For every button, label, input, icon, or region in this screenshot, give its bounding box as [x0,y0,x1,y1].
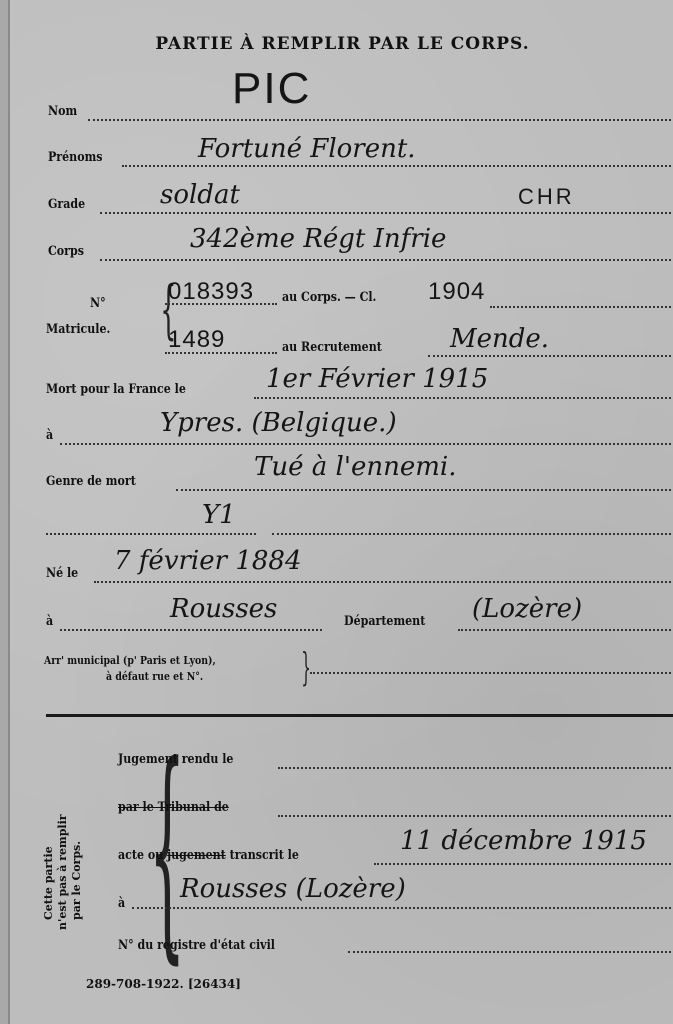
side-note-line-3: par le Corps. [70,841,83,920]
nom-value: PIC [232,64,311,114]
transcription-lieu-value: Rousses (Lozère) [180,874,406,904]
print-reference: 289-708-1922. [26434] [86,977,241,991]
jugement-label: Jugement rendu le [118,752,233,767]
side-note-line-2: n'est pas à remplir [56,814,69,930]
lieu-mort-label: à [46,428,53,443]
departement-label: Département [344,614,425,629]
lieu-naissance-value: Rousses [170,594,277,624]
matricule-label: Matricule. [46,322,110,337]
recrutement-place: Mende. [450,324,549,354]
arrondissement-line [310,672,673,674]
genre-mort-extra-line [46,533,256,535]
mort-line [254,397,673,399]
genre-mort-line [176,489,673,491]
matricule-corps-label: au Corps. — Cl. [282,290,376,305]
corps-label: Corps [48,244,84,259]
genre-mort-label: Genre de mort [46,474,136,489]
classe-value: 1904 [428,278,485,306]
corps-line [100,259,673,261]
tribunal-label: par le Tribunal de [118,800,229,815]
lieu-naissance-label: à [46,614,53,629]
recrutement-value: 1489 [168,326,225,354]
prenoms-label: Prénoms [48,150,102,165]
grade-value: soldat [160,180,240,210]
matricule-label-no: N° [90,296,106,311]
grade-label: Grade [48,197,85,212]
naissance-line [94,581,673,583]
tribunal-line [278,815,673,817]
form-title: PARTIE À REMPLIR PAR LE CORPS. [10,34,673,54]
arrondissement-label-2: à défaut rue et N°. [106,670,203,683]
side-note-line-1: Cette partie [42,846,55,920]
transcription-lieu-line [132,907,673,909]
arrondissement-label-1: Arr' municipal (p' Paris et Lyon), [44,654,216,667]
grade-line [100,212,673,214]
registre-line [348,951,673,953]
lieu-naissance-line [60,629,322,631]
naissance-value: 7 février 1884 [114,546,302,576]
acte-value: 11 décembre 1915 [400,826,647,856]
transcription-lieu-label: à [118,896,125,911]
acte-label-suffix: transcrit le [226,848,299,863]
side-note: Cette partie n'est pas à remplir par le … [38,780,118,940]
acte-line [374,863,673,865]
mort-value: 1er Février 1915 [266,364,488,394]
recrutement-label: au Recrutement [282,340,382,355]
lieu-mort-value: Ypres. (Belgique.) [160,408,397,438]
registre-label: N° du registre d'état civil [118,938,275,953]
naissance-label: Né le [46,566,78,581]
genre-mort-extra: Y1 [202,500,236,530]
genre-mort-extra-line-2 [272,533,673,535]
grade-annotation: CHR [518,184,575,210]
section-divider [46,714,673,717]
departement-value: (Lozère) [472,594,582,624]
corps-value: 342ème Régt Infrie [190,224,446,254]
prenoms-value: Fortuné Florent. [198,134,416,164]
mort-label: Mort pour la France le [46,382,186,397]
classe-line [490,306,673,308]
jugement-line [278,767,673,769]
prenoms-line [122,165,673,167]
acte-label-prefix: acte ou [118,848,167,863]
departement-line [458,629,673,631]
arrondissement-brace: } [301,648,311,686]
death-record-card: PARTIE À REMPLIR PAR LE CORPS. Nom PIC P… [8,0,673,1024]
nom-line [88,119,673,121]
recrutement-place-line [428,355,673,357]
genre-mort-value: Tué à l'ennemi. [254,452,456,482]
matricule-corps-value: 018393 [168,278,254,306]
nom-label: Nom [48,104,77,119]
lieu-mort-line [60,443,673,445]
acte-label-struck: jugement [167,848,226,863]
acte-label: acte ou jugement transcrit le [118,848,299,863]
